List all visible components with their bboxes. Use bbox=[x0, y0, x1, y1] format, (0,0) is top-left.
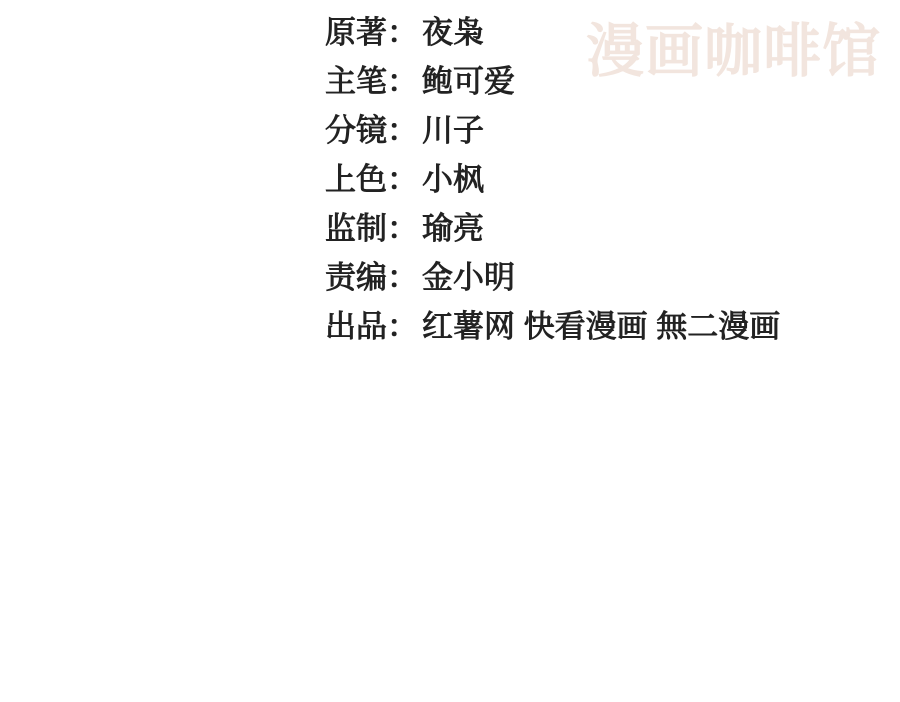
credit-row-editor: 责编：金小明 bbox=[325, 253, 780, 302]
credit-label: 监制： bbox=[325, 204, 418, 253]
credit-label: 出品： bbox=[325, 302, 418, 351]
credit-row-original-author: 原著：夜枭 bbox=[325, 8, 780, 57]
credit-row-supervisor: 监制：瑜亮 bbox=[325, 204, 780, 253]
credit-row-storyboard: 分镜：川子 bbox=[325, 106, 780, 155]
credit-label: 分镜： bbox=[325, 106, 418, 155]
credit-value: 小枫 bbox=[422, 155, 484, 204]
credit-row-publisher: 出品：红薯网 快看漫画 無二漫画 bbox=[325, 302, 780, 351]
credit-row-coloring: 上色：小枫 bbox=[325, 155, 780, 204]
credit-label: 责编： bbox=[325, 253, 418, 302]
credit-row-lead-artist: 主笔：鲍可爱 bbox=[325, 57, 780, 106]
credit-value: 红薯网 快看漫画 無二漫画 bbox=[422, 302, 780, 351]
credit-value: 川子 bbox=[422, 106, 484, 155]
comic-credits-page: 漫画咖啡馆 原著：夜枭 主笔：鲍可爱 分镜：川子 上色：小枫 监制：瑜亮 责编：… bbox=[0, 0, 900, 702]
credits-list: 原著：夜枭 主笔：鲍可爱 分镜：川子 上色：小枫 监制：瑜亮 责编：金小明 出品… bbox=[325, 8, 780, 351]
credit-value: 鲍可爱 bbox=[422, 57, 515, 106]
credit-label: 上色： bbox=[325, 155, 418, 204]
credit-label: 原著： bbox=[325, 8, 418, 57]
credit-value: 瑜亮 bbox=[422, 204, 484, 253]
credit-label: 主笔： bbox=[325, 57, 418, 106]
credit-value: 夜枭 bbox=[422, 8, 484, 57]
credit-value: 金小明 bbox=[422, 253, 515, 302]
